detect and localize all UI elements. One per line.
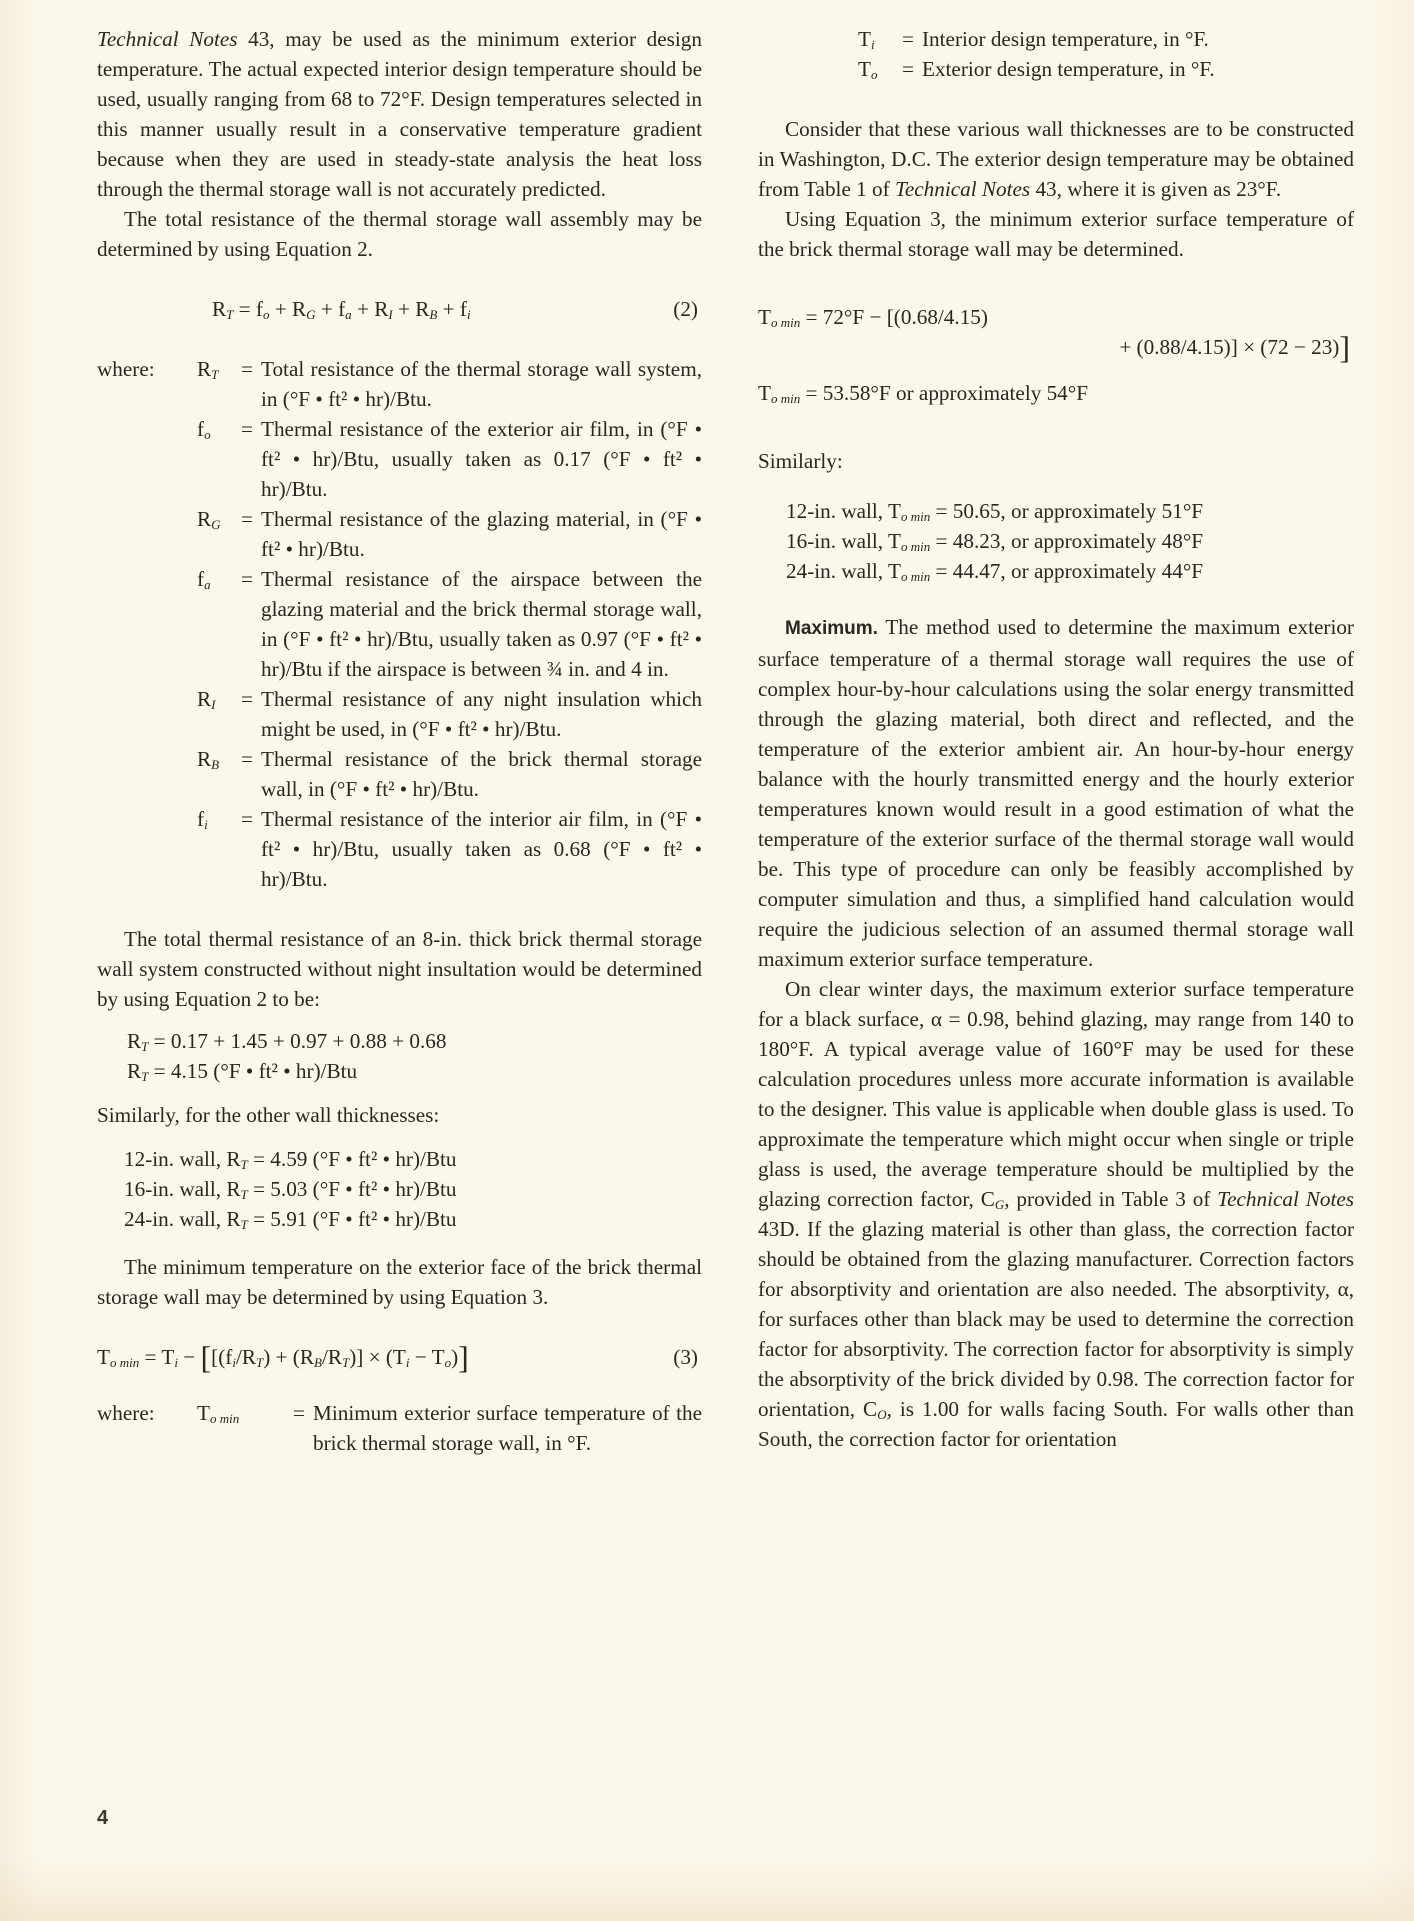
equals-sign: = xyxy=(233,354,261,414)
subscript: G xyxy=(995,1197,1004,1212)
calc-tomin: To min = 72°F − [(0.68/4.15) + (0.88/4.1… xyxy=(758,302,1354,408)
symbol: fa xyxy=(197,564,233,684)
symbol-subscript: i xyxy=(871,37,875,52)
symbol: RB xyxy=(197,744,233,804)
symbol-subscript: o min xyxy=(901,569,930,584)
definition-text: Total resistance of the thermal storage … xyxy=(261,354,702,414)
equals-sign: = xyxy=(233,414,261,504)
symbol-subscript: o min xyxy=(901,509,930,524)
spacer xyxy=(97,504,197,564)
paragraph-8in-wall: The total thermal resistance of an 8-in.… xyxy=(97,924,702,1014)
symbol-subscript: T xyxy=(256,1355,263,1370)
symbol: RB xyxy=(415,297,437,321)
definition-text: Thermal resistance of the exterior air f… xyxy=(261,414,702,504)
symbol-subscript: i xyxy=(406,1355,410,1370)
definition-text: Minimum exterior surface temperature of … xyxy=(313,1398,702,1458)
paragraph-text: On clear winter days, the maximum exteri… xyxy=(758,977,1354,1211)
symbol-subscript: o xyxy=(445,1355,452,1370)
symbol-subscript: B xyxy=(211,757,219,772)
paragraph-using-eq3: Using Equation 3, the minimum exterior s… xyxy=(758,204,1354,264)
symbol: To min xyxy=(888,499,930,523)
bracket: [ xyxy=(200,1339,211,1375)
symbol-subscript: i xyxy=(467,307,471,322)
symbol-subscript: G xyxy=(306,307,315,322)
calc-text: = 4.15 (°F • ft² • hr)/Btu xyxy=(154,1059,357,1083)
symbol-subscript: o min xyxy=(210,1411,239,1426)
wall-tmin-line: 12-in. wall, To min = 50.65, or approxim… xyxy=(786,496,1354,526)
equals-sign: = xyxy=(233,564,261,684)
symbol-subscript: T xyxy=(241,1157,248,1172)
spacer xyxy=(97,414,197,504)
symbol-subscript: T xyxy=(241,1187,248,1202)
symbol-subscript: G xyxy=(211,517,220,532)
symbol-subscript: o xyxy=(871,67,878,82)
symbol-subscript: B xyxy=(429,307,437,322)
calc-text: + (0.88/4.15)] × (72 − 23) xyxy=(1119,335,1339,359)
symbol: To min xyxy=(888,529,930,553)
paragraph-text: , provided in Table 3 of xyxy=(1004,1187,1217,1211)
symbol-subscript: T xyxy=(211,367,218,382)
page-number: 4 xyxy=(97,1807,108,1830)
where-label: where: xyxy=(97,354,197,414)
wall-tmin-line: 16-in. wall, To min = 48.23, or approxim… xyxy=(786,526,1354,556)
paragraph-similarly: Similarly, for the other wall thicknesse… xyxy=(97,1100,702,1130)
paragraph-text: 43D. If the glazing material is other th… xyxy=(758,1217,1354,1421)
paragraph-text: 43, where it is given as 23°F. xyxy=(1030,177,1281,201)
paragraph-total-resistance: The total resistance of the thermal stor… xyxy=(97,204,702,264)
symbol: RI xyxy=(374,297,392,321)
paragraph-design-temperature: Technical Notes 43, may be used as the m… xyxy=(97,24,702,204)
symbol-subscript: o min xyxy=(901,539,930,554)
symbol: Ti xyxy=(858,24,894,54)
equation-number: (2) xyxy=(673,294,698,324)
citation-technical-notes: Technical Notes xyxy=(1217,1187,1354,1211)
calc-line: RT = 4.15 (°F • ft² • hr)/Btu xyxy=(127,1056,702,1086)
definition-text: Interior design temperature, in °F. xyxy=(922,24,1354,54)
bracket: ] xyxy=(458,1339,469,1375)
symbol: To min xyxy=(97,1345,139,1369)
citation-technical-notes: Technical Notes xyxy=(895,177,1030,201)
definition-text: Exterior design temperature, in °F. xyxy=(922,54,1354,84)
definition-text: Thermal resistance of any night insulati… xyxy=(261,684,702,744)
subscript: O xyxy=(877,1407,886,1422)
walls-rt-list: 12-in. wall, RT = 4.59 (°F • ft² • hr)/B… xyxy=(97,1144,702,1234)
symbol-subscript: o xyxy=(263,307,270,322)
equals-sign: = xyxy=(233,684,261,744)
definitions-list-temps: Ti=Interior design temperature, in °F.To… xyxy=(758,24,1354,84)
spacer xyxy=(758,54,858,84)
definition-text: Thermal resistance of the airspace betwe… xyxy=(261,564,702,684)
paragraph-winter-days: On clear winter days, the maximum exteri… xyxy=(758,974,1354,1454)
symbol: To xyxy=(858,54,894,84)
where-label: where: xyxy=(97,1398,197,1458)
wall-tmin-line: 24-in. wall, To min = 44.47, or approxim… xyxy=(786,556,1354,586)
equation-2-body: RT = fo + RG + fa + RI + RB + fi xyxy=(212,294,471,324)
spacer xyxy=(97,744,197,804)
symbol-subscript: a xyxy=(345,307,352,322)
symbol: RI xyxy=(197,684,233,744)
symbol: fi xyxy=(460,297,471,321)
symbol: RG xyxy=(197,504,233,564)
calc-line: RT = 0.17 + 1.45 + 0.97 + 0.88 + 0.68 xyxy=(127,1026,702,1056)
symbol-subscript: o min xyxy=(110,1355,139,1370)
paragraph-maximum: Maximum. The method used to determine th… xyxy=(758,612,1354,974)
symbol: To min xyxy=(888,559,930,583)
definitions-list-eq2: where:RT=Total resistance of the thermal… xyxy=(97,354,702,894)
citation-technical-notes: Technical Notes xyxy=(97,27,237,51)
symbol-subscript: T xyxy=(226,307,233,322)
calc-text: = 0.17 + 1.45 + 0.97 + 0.88 + 0.68 xyxy=(154,1029,447,1053)
symbol-subscript: i xyxy=(204,817,208,832)
paragraph-similarly: Similarly: xyxy=(758,446,1354,476)
equation-3: To min = Ti − [[(fi/RT) + (RB/RT)] × (Ti… xyxy=(97,1342,702,1372)
definition-text: Thermal resistance of the brick thermal … xyxy=(261,744,702,804)
spacer xyxy=(97,684,197,744)
symbol: RT xyxy=(226,1147,247,1171)
spacer xyxy=(758,24,858,54)
symbol: RT xyxy=(226,1177,247,1201)
definition-text: Thermal resistance of the interior air f… xyxy=(261,804,702,894)
paragraph-min-temperature: The minimum temperature on the exterior … xyxy=(97,1252,702,1312)
symbol-subscript: I xyxy=(388,307,392,322)
symbol-subscript: T xyxy=(241,1217,248,1232)
spacer xyxy=(97,804,197,894)
equals-sign: = xyxy=(233,744,261,804)
definitions-list-eq3: where: To min = Minimum exterior surface… xyxy=(97,1398,702,1458)
left-column: Technical Notes 43, may be used as the m… xyxy=(97,24,702,1458)
section-heading-maximum: Maximum. xyxy=(785,618,878,639)
wall-rt-line: 16-in. wall, RT = 5.03 (°F • ft² • hr)/B… xyxy=(124,1174,702,1204)
equation-3-body: To min = Ti − [[(fi/RT) + (RB/RT)] × (Ti… xyxy=(97,1342,469,1372)
paragraph-text: The method used to determine the maximum… xyxy=(758,615,1354,971)
symbol-base: T xyxy=(197,1401,210,1425)
symbol: RT xyxy=(226,1207,247,1231)
paragraph-text: 43, may be used as the minimum exterior … xyxy=(97,27,702,201)
symbol-subscript: i xyxy=(232,1355,236,1370)
definition-text: Thermal resistance of the glazing materi… xyxy=(261,504,702,564)
symbol: fa xyxy=(338,297,352,321)
equals-sign: = xyxy=(233,804,261,894)
symbol: fo xyxy=(256,297,270,321)
symbol: fo xyxy=(197,414,233,504)
equals-sign: = xyxy=(894,54,922,84)
calc-text: = 53.58°F or approximately 54°F xyxy=(800,381,1088,405)
symbol-subscript: a xyxy=(204,577,211,592)
symbol: To min xyxy=(197,1398,285,1458)
spacer xyxy=(97,564,197,684)
symbol-subscript: B xyxy=(314,1355,322,1370)
equation-2: RT = fo + RG + fa + RI + RB + fi (2) xyxy=(97,294,702,324)
wall-rt-line: 12-in. wall, RT = 4.59 (°F • ft² • hr)/B… xyxy=(124,1144,702,1174)
calc-line: + (0.88/4.15)] × (72 − 23)] xyxy=(758,332,1354,362)
paragraph-washington: Consider that these various wall thickne… xyxy=(758,114,1354,204)
symbol-subscript: I xyxy=(211,697,215,712)
symbol: fi xyxy=(197,804,233,894)
calc-result: To min = 53.58°F or approximately 54°F xyxy=(758,378,1354,408)
walls-tmin-list: 12-in. wall, To min = 50.65, or approxim… xyxy=(758,496,1354,586)
equation-number: (3) xyxy=(673,1342,698,1372)
symbol-subscript: i xyxy=(174,1355,178,1370)
calc-line: To min = 72°F − [(0.68/4.15) xyxy=(758,302,1354,332)
equals-sign: = xyxy=(285,1398,313,1458)
symbol: RT xyxy=(197,354,233,414)
symbol-subscript: o xyxy=(204,427,211,442)
wall-rt-line: 24-in. wall, RT = 5.91 (°F • ft² • hr)/B… xyxy=(124,1204,702,1234)
equals-sign: = xyxy=(233,504,261,564)
right-column: Ti=Interior design temperature, in °F.To… xyxy=(758,24,1354,1454)
equals-sign: = xyxy=(894,24,922,54)
calc-text: = 72°F − [(0.68/4.15) xyxy=(800,305,988,329)
symbol: RT xyxy=(212,297,233,321)
symbol-subscript: T xyxy=(342,1355,349,1370)
bracket: ] xyxy=(1339,329,1350,365)
symbol: RG xyxy=(292,297,316,321)
calc-rt-8in: RT = 0.17 + 1.45 + 0.97 + 0.88 + 0.68 RT… xyxy=(97,1026,702,1086)
